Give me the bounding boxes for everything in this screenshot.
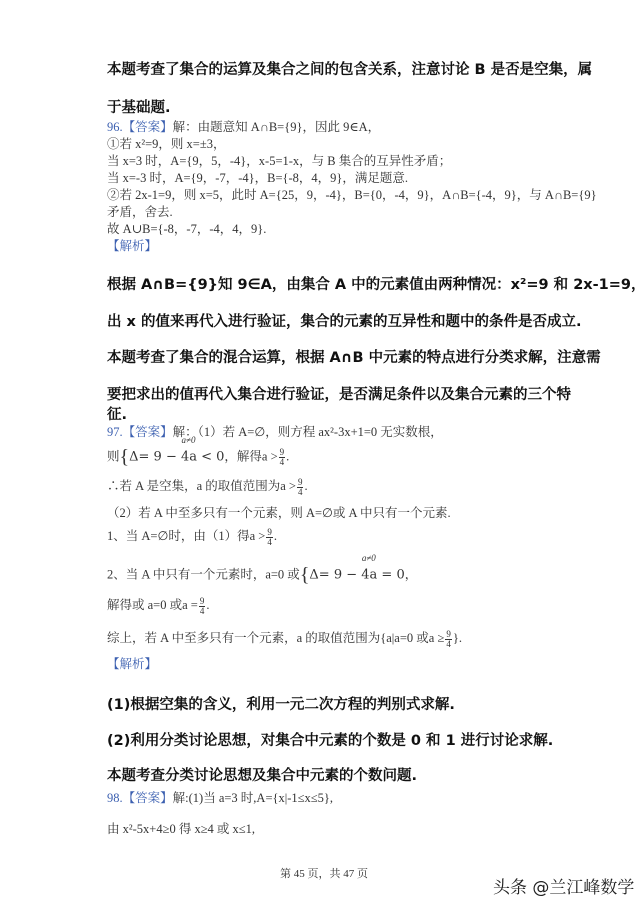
analysis-95-line-1: 本题考查了集合的运算及集合之间的包含关系，注意讨论 B 是否是空集，属 <box>107 58 592 79</box>
q96-analysis-line-3: 本题考查了集合的混合运算，根据 A∩B 中元素的特点进行分类求解，注意需 <box>107 346 601 367</box>
q97-line-1: 97.【答案】解：（1）若 A=∅，则方程 ax²-3x+1=0 无实数根， <box>107 422 443 440</box>
q96-analysis-line-1: 根据 A∩B={9}知 9∈A，由集合 A 中的元素值由两种情况：x²=9 和 … <box>107 273 640 294</box>
fraction-9-4: 94 <box>297 478 304 497</box>
fraction-9-4: 94 <box>199 597 206 616</box>
q96-number: 96. <box>107 120 123 134</box>
q96-line-6: 矛盾，舍去. <box>107 202 173 220</box>
q97-line-5: 1、当 A=∅时，由（1）得a >94. <box>107 526 277 547</box>
q97-system-1: {a≠0Δ= 9 − 4a < 0 <box>120 446 225 469</box>
q96-line-7: 故 A∪B={-8，-7，-4，4，9}. <box>107 219 266 237</box>
q97-system-2: {a≠0Δ= 9 − 4a = 0 <box>300 564 405 587</box>
q98-number: 98. <box>107 791 123 805</box>
q96-line-3: 当 x=3 时，A={9，5，-4}，x-5=1-x，与 B 集合的互异性矛盾； <box>107 151 451 169</box>
q97-text-1: 解：（1）若 A=∅，则方程 ax²-3x+1=0 无实数根， <box>173 425 443 439</box>
q96-text-1: 解：由题意知 A∩B={9}，因此 9∈A， <box>173 120 380 134</box>
q97-line-4: （2）若 A 中至多只有一个元素，则 A=∅或 A 中只有一个元素. <box>107 503 451 521</box>
q96-line-2: ①若 x²=9，则 x=±3， <box>107 134 225 152</box>
q97-analysis-line-3: 本题考查分类讨论思想及集合中元素的个数问题. <box>107 764 417 785</box>
q97-line-3: ∴若 A 是空集，a 的取值范围为a >94. <box>107 476 308 497</box>
fraction-9-4: 94 <box>266 528 273 547</box>
q97-answer-tag: 【答案】 <box>123 425 173 439</box>
document-page: 本题考查了集合的运算及集合之间的包含关系，注意讨论 B 是否是空集，属 于基础题… <box>0 0 640 905</box>
q96-analysis-line-4: 要把求出的值再代入集合进行验证，是否满足条件以及集合元素的三个特 <box>107 383 571 404</box>
q97-line-7: 解得或 a=0 或a =94. <box>107 595 209 616</box>
q98-text-1: 解:(1)当 a=3 时,A={x|-1≤x≤5}, <box>173 791 333 805</box>
q97-analysis-tag: 【解析】 <box>107 654 157 672</box>
q96-line-4: 当 x=-3 时，A={9，-7，-4}，B={-8，4，9}，满足题意. <box>107 168 408 186</box>
q98-line-1: 98.【答案】解:(1)当 a=3 时,A={x|-1≤x≤5}, <box>107 788 333 806</box>
q97-line-6: 2、当 A 中只有一个元素时，a=0 或{a≠0Δ= 9 − 4a = 0， <box>107 564 417 587</box>
q97-analysis-line-2: (2)利用分类讨论思想，对集合中元素的个数是 0 和 1 进行讨论求解. <box>107 729 553 750</box>
fraction-9-4: 94 <box>445 630 452 649</box>
q97-line-8: 综上，若 A 中至多只有一个元素，a 的取值范围为{a|a=0 或a ≥94}. <box>107 628 462 649</box>
q96-answer-tag: 【答案】 <box>123 120 173 134</box>
analysis-95-line-2: 于基础题. <box>107 96 171 117</box>
q98-answer-tag: 【答案】 <box>123 791 173 805</box>
q96-line-5: ②若 2x-1=9，则 x=5，此时 A={25，9，-4}，B={0，-4，9… <box>107 185 597 203</box>
q97-number: 97. <box>107 425 123 439</box>
watermark: 头条 @兰江峰数学 <box>493 873 634 898</box>
q97-analysis-line-1: (1)根据空集的含义，利用一元二次方程的判别式求解. <box>107 693 455 714</box>
q97-line-2: 则{a≠0Δ= 9 − 4a < 0，解得a >94. <box>107 446 289 469</box>
page-number-footer: 第 45 页，共 47 页 <box>280 865 368 881</box>
q98-line-2: 由 x²-5x+4≥0 得 x≥4 或 x≤1, <box>107 819 255 837</box>
q96-analysis-tag: 【解析】 <box>107 236 157 254</box>
q96-line-1: 96.【答案】解：由题意知 A∩B={9}，因此 9∈A， <box>107 117 380 135</box>
q96-analysis-line-5: 征. <box>107 403 127 424</box>
fraction-9-4: 94 <box>279 448 286 467</box>
q96-analysis-line-2: 出 x 的值来再代入进行验证，集合的元素的互异性和题中的条件是否成立. <box>107 310 581 331</box>
